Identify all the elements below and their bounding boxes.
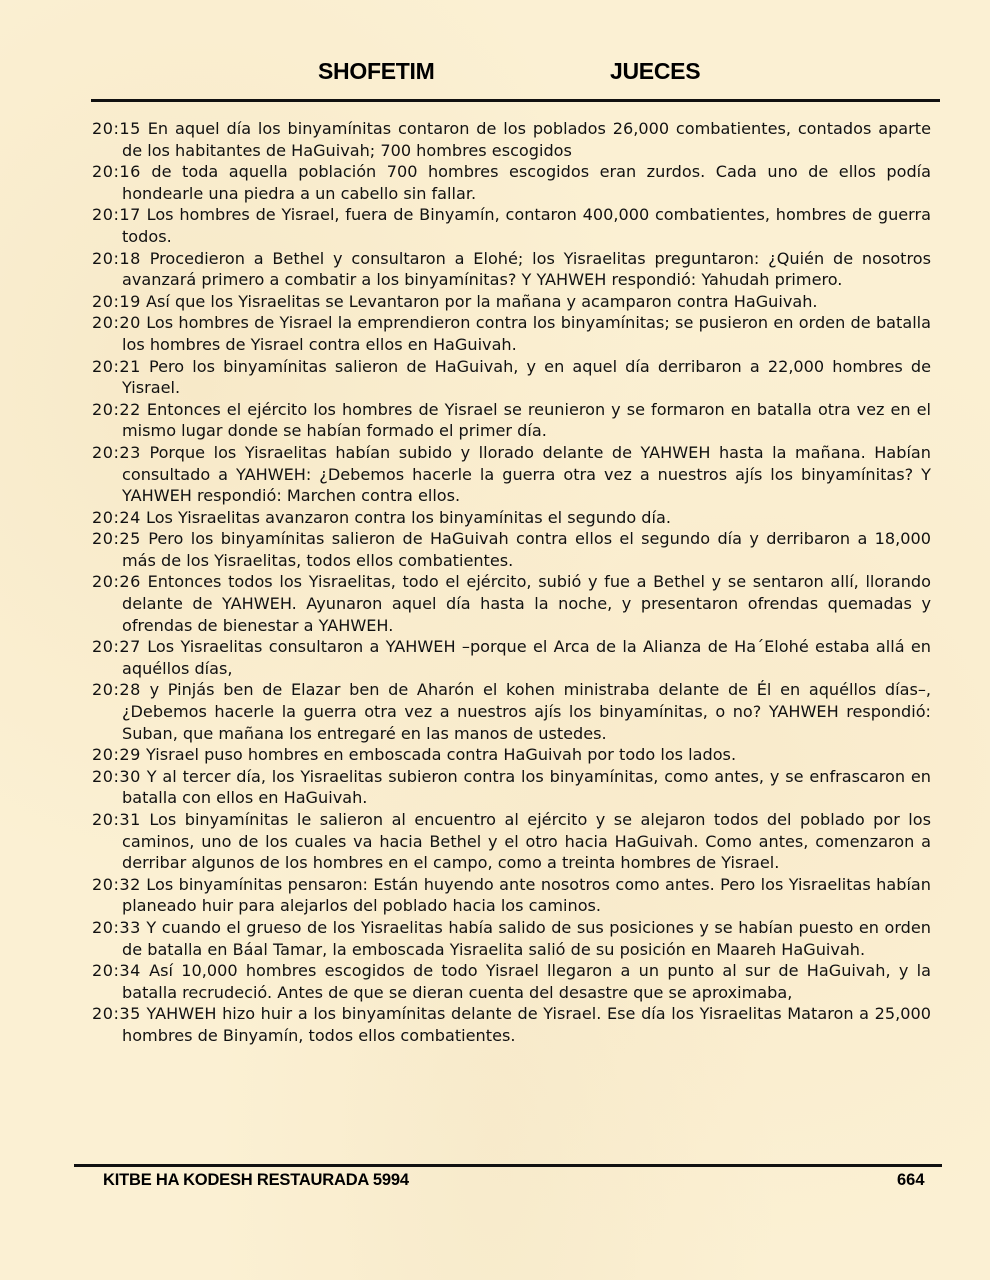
verse-ref: 20:22 <box>92 400 141 419</box>
verse: 20:22 Entonces el ejército los hombres d… <box>92 399 931 442</box>
verse: 20:28 y Pinjás ben de Elazar ben de Ahar… <box>92 679 931 744</box>
verse-text: Entonces el ejército los hombres de Yisr… <box>122 400 931 441</box>
verse: 20:31 Los binyamínitas le salieron al en… <box>92 809 931 874</box>
header-title-hebrew: SHOFETIM <box>318 58 434 85</box>
verse-text: Los hombres de Yisrael la emprendieron c… <box>122 313 931 354</box>
verse-ref: 20:16 <box>92 162 141 181</box>
verse-ref: 20:34 <box>92 961 141 980</box>
verse-text: Así 10,000 hombres escogidos de todo Yis… <box>122 961 931 1002</box>
verse-ref: 20:31 <box>92 810 141 829</box>
verse-ref: 20:21 <box>92 357 141 376</box>
verse: 20:33 Y cuando el grueso de los Yisraeli… <box>92 917 931 960</box>
footer-divider <box>74 1164 942 1167</box>
verse: 20:27 Los Yisraelitas consultaron a YAHW… <box>92 636 931 679</box>
verse-text: Pero los binyamínitas salieron de HaGuiv… <box>122 357 931 398</box>
verse-text: Los binyamínitas le salieron al encuentr… <box>122 810 931 872</box>
verse-ref: 20:23 <box>92 443 141 462</box>
verse-ref: 20:17 <box>92 205 141 224</box>
verse: 20:23 Porque los Yisraelitas habían subi… <box>92 442 931 507</box>
verse: 20:24 Los Yisraelitas avanzaron contra l… <box>92 507 931 529</box>
verse-ref: 20:29 <box>92 745 141 764</box>
verse-text: y Pinjás ben de Elazar ben de Aharón el … <box>122 680 931 742</box>
verse-ref: 20:30 <box>92 767 141 786</box>
verse-ref: 20:25 <box>92 529 141 548</box>
verse-text: Los binyamínitas pensaron: Están huyendo… <box>122 875 931 916</box>
verse: 20:29 Yisrael puso hombres en emboscada … <box>92 744 931 766</box>
verse-ref: 20:27 <box>92 637 141 656</box>
verse: 20:16 de toda aquella población 700 homb… <box>92 161 931 204</box>
verse-ref: 20:26 <box>92 572 141 591</box>
verse-ref: 20:19 <box>92 292 141 311</box>
verse: 20:20 Los hombres de Yisrael la emprendi… <box>92 312 931 355</box>
verse-text: Y al tercer día, los Yisraelitas subiero… <box>122 767 931 808</box>
verse-text: Los Yisraelitas avanzaron contra los bin… <box>146 508 671 527</box>
verse-ref: 20:15 <box>92 119 141 138</box>
header-divider <box>91 99 940 102</box>
verse-ref: 20:28 <box>92 680 141 699</box>
verse: 20:26 Entonces todos los Yisraelitas, to… <box>92 571 931 636</box>
verse-text: Y cuando el grueso de los Yisraelitas ha… <box>122 918 931 959</box>
verse: 20:17 Los hombres de Yisrael, fuera de B… <box>92 204 931 247</box>
verse: 20:15 En aquel día los binyamínitas cont… <box>92 118 931 161</box>
verse: 20:25 Pero los binyamínitas salieron de … <box>92 528 931 571</box>
verse-ref: 20:24 <box>92 508 141 527</box>
footer-book-title: KITBE HA KODESH RESTAURADA 5994 <box>103 1171 409 1190</box>
verse: 20:35 YAHWEH hizo huir a los binyamínita… <box>92 1003 931 1046</box>
verse-ref: 20:32 <box>92 875 141 894</box>
header-title-spanish: JUECES <box>610 58 700 85</box>
verse-text: Así que los Yisraelitas se Levantaron po… <box>146 292 818 311</box>
verse-text: Yisrael puso hombres en emboscada contra… <box>146 745 736 764</box>
page-number: 664 <box>897 1171 925 1190</box>
page-header: SHOFETIM JUECES <box>0 58 990 90</box>
verse-text: Procedieron a Bethel y consultaron a Elo… <box>122 249 931 290</box>
verse-text: Pero los binyamínitas salieron de HaGuiv… <box>122 529 931 570</box>
verse: 20:18 Procedieron a Bethel y consultaron… <box>92 248 931 291</box>
verse-text: Entonces todos los Yisraelitas, todo el … <box>122 572 931 634</box>
verse-list: 20:15 En aquel día los binyamínitas cont… <box>92 118 931 1047</box>
verse: 20:21 Pero los binyamínitas salieron de … <box>92 356 931 399</box>
verse: 20:19 Así que los Yisraelitas se Levanta… <box>92 291 931 313</box>
verse-text: YAHWEH hizo huir a los binyamínitas dela… <box>122 1004 931 1045</box>
verse-text: En aquel día los binyamínitas contaron d… <box>122 119 931 160</box>
verse: 20:30 Y al tercer día, los Yisraelitas s… <box>92 766 931 809</box>
verse-ref: 20:18 <box>92 249 141 268</box>
verse-text: de toda aquella población 700 hombres es… <box>122 162 931 203</box>
verse-text: Los Yisraelitas consultaron a YAHWEH –po… <box>122 637 931 678</box>
verse: 20:32 Los binyamínitas pensaron: Están h… <box>92 874 931 917</box>
verse-ref: 20:35 <box>92 1004 141 1023</box>
verse-text: Los hombres de Yisrael, fuera de Binyamí… <box>122 205 931 246</box>
verse-ref: 20:20 <box>92 313 141 332</box>
verse: 20:34 Así 10,000 hombres escogidos de to… <box>92 960 931 1003</box>
verse-text: Porque los Yisraelitas habían subido y l… <box>122 443 931 505</box>
verse-ref: 20:33 <box>92 918 141 937</box>
